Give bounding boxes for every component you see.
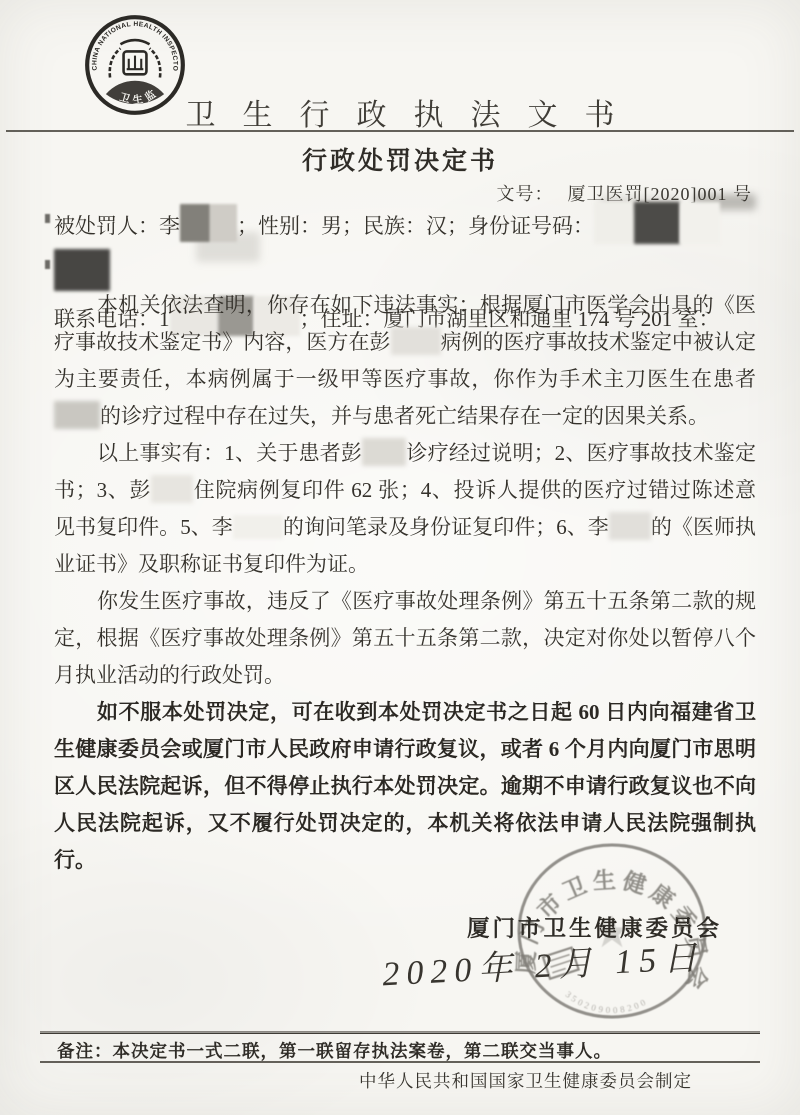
p2-text: 以上事实有：1、关于患者彭: [97, 441, 362, 465]
footer-divider-bottom: [40, 1061, 760, 1063]
paragraph-decision: 你发生医疗事故，违反了《医疗事故处理条例》第五十五条第二款的规定，根据《医疗事故…: [54, 583, 756, 694]
footer-divider-top: [40, 1031, 760, 1034]
p2-text: 的询问笔录及身份证复印件；6、李: [283, 515, 609, 539]
doc-number-value: 厦卫医罚[2020]001 号: [568, 184, 753, 204]
paragraph-findings: 本机关依法查明，你存在如下违法事实：根据厦门市医学会出具的《医疗事故技术鉴定书》…: [54, 287, 756, 435]
redaction-id-block: [680, 202, 720, 244]
scan-speck: [45, 214, 50, 223]
redaction-id-block: [634, 202, 680, 244]
document-series-title: 卫生行政执法文书: [0, 90, 800, 134]
redaction-id-block: [594, 202, 634, 244]
page-title: 行政处罚决定书: [0, 141, 800, 177]
redaction-patient-name: [362, 438, 406, 466]
paragraph-evidence: 以上事实有：1、关于患者彭诊疗经过说明；2、医疗事故技术鉴定书；3、彭住院病例复…: [54, 435, 756, 583]
redaction-patient-name: [391, 327, 441, 355]
form-issuer: 中华人民共和国国家卫生健康委员会制定: [359, 1068, 692, 1093]
header-divider: [6, 130, 794, 132]
redaction-patient-name: [151, 475, 193, 503]
redaction-patient-name: [54, 401, 100, 429]
redaction-name-block: [180, 204, 237, 242]
redaction-id-block: [54, 249, 110, 291]
party-attrs: ；性别：男；民族：汉；身份证号码：: [237, 214, 594, 238]
redaction-person-name: [609, 512, 651, 540]
scanned-penalty-document: CHINA NATIONAL HEALTH INSPECTOR 卫生监督 卫生行…: [0, 0, 800, 1115]
footer-note-label: 备注：: [57, 1041, 113, 1061]
party-name-prefix: 被处罚人：李: [54, 214, 180, 238]
redaction-person-name: [233, 515, 283, 539]
emblem-ring-text: CHINA NATIONAL HEALTH INSPECTOR: [83, 13, 179, 72]
party-line-name: 被处罚人：李；性别：男；民族：汉；身份证号码：: [54, 202, 756, 296]
scan-speck: [45, 260, 50, 269]
document-body: 本机关依法查明，你存在如下违法事实：根据厦门市医学会出具的《医疗事故技术鉴定书》…: [54, 287, 756, 879]
footer-note-text: 本决定书一式二联，第一联留存执法案卷，第二联交当事人。: [113, 1041, 613, 1061]
doc-number-label: 文号：: [497, 184, 554, 204]
footer-note: 备注：本决定书一式二联，第一联留存执法案卷，第二联交当事人。: [57, 1038, 612, 1063]
p1-text: 的诊疗过程中存在过失，并与患者死亡结果存在一定的因果关系。: [100, 404, 709, 428]
svg-text:CHINA NATIONAL HEALTH INSPECTO: CHINA NATIONAL HEALTH INSPECTOR: [83, 13, 179, 72]
